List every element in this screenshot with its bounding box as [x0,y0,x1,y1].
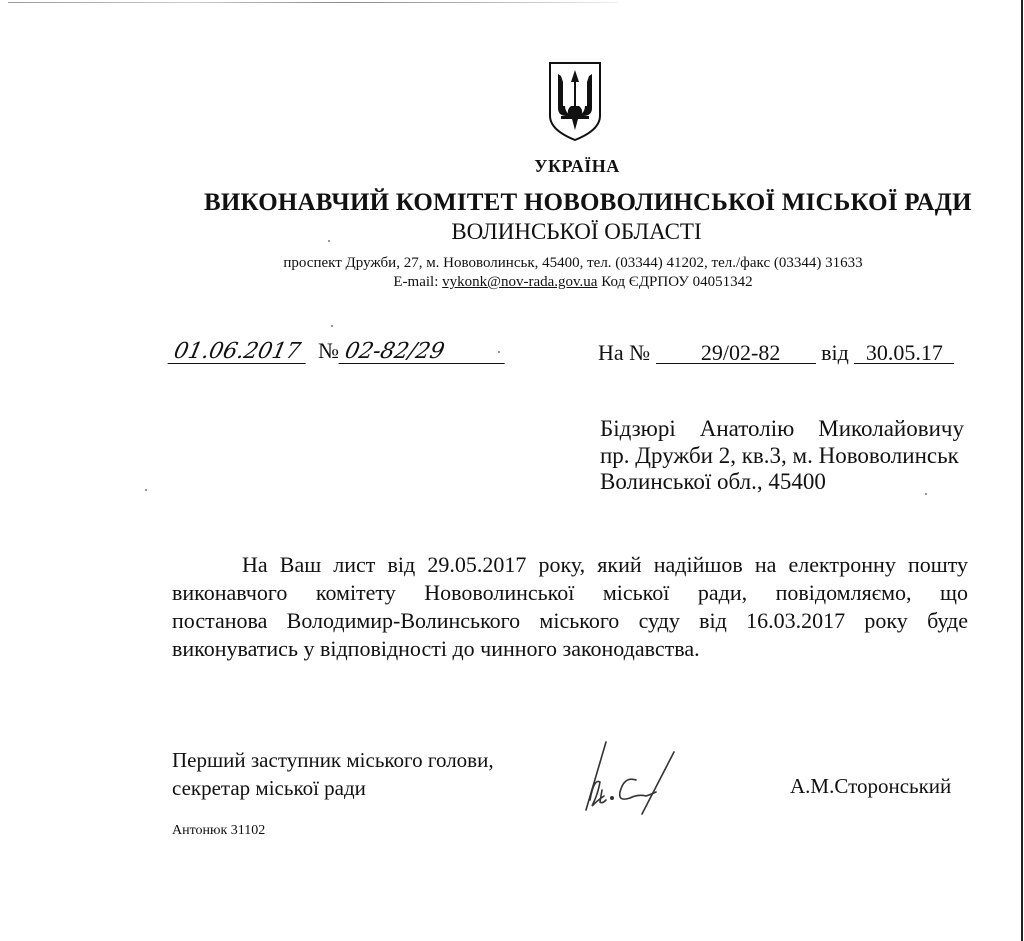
executor-info: Антонюк 31102 [172,823,265,839]
outgoing-date: 01.06.2017 [168,341,311,364]
body-line: виконуватись у відповідності до чинного … [172,635,968,663]
letter-body: На Ваш лист від 29.05.2017 року, який на… [172,551,968,663]
outgoing-registration: 01.06.2017№02-82/29 [170,338,507,364]
scan-border-artifact [1021,0,1023,941]
edrpou-code: Код ЄДРПОУ 04051342 [601,274,752,290]
addressee-name: Бідзюрі Анатолію Миколайовичу [600,416,964,443]
signer-title: Перший заступник міського голови, секрет… [172,746,494,802]
trident-coat-of-arms-icon [547,60,603,142]
email-label: E-mail: [393,274,438,290]
scan-speck [331,325,333,327]
addressee-address: пр. Дружби 2, кв.3, м. Нововолинськ [600,443,964,470]
scan-speck [145,489,147,491]
email-line: E-mail: vykonk@nov-rada.gov.ua Код ЄДРПО… [248,273,898,292]
postal-address: проспект Дружби, 27, м. Нововолинськ, 45… [248,254,898,273]
signer-title-line2: секретар міської ради [172,774,494,802]
addressee-block: Бідзюрі Анатолію Миколайовичу пр. Дружби… [600,416,964,496]
signer-title-line1: Перший заступник міського голови, [172,746,494,774]
incoming-reference: На № 29/02-82 від 30.05.17 [598,340,954,366]
body-line: постанова Володимир-Волинського міського… [172,607,968,635]
addressee-patronymic: Миколайовичу [818,416,964,443]
handwritten-signature-icon [576,740,686,816]
incoming-number-label: На № [598,340,650,365]
incoming-date: 30.05.17 [854,343,954,364]
from-label: від [821,340,849,365]
body-line: виконавчого комітету Нововолинської місь… [172,579,968,607]
body-line: На Ваш лист від 29.05.2017 року, який на… [172,551,968,579]
addressee-first-name: Анатолію [700,416,795,443]
incoming-number: 29/02-82 [656,343,816,364]
organization-heading: ВИКОНАВЧИЙ КОМІТЕТ НОВОВОЛИНСЬКОЇ МІСЬКО… [204,189,949,217]
email-link[interactable]: vykonk@nov-rada.gov.ua [442,274,597,290]
signer-name: А.М.Сторонський [790,774,951,799]
contact-info: проспект Дружби, 27, м. Нововолинськ, 45… [248,254,898,292]
scan-edge-artifact [8,2,618,3]
country-heading: УКРАЇНА [0,156,1024,177]
addressee-surname: Бідзюрі [600,416,676,443]
addressee-region: Волинської обл., 45400 [600,469,964,496]
outgoing-number: 02-82/29 [339,341,510,364]
region-heading: ВОЛИНСЬКОЇ ОБЛАСТІ [204,219,949,245]
number-label: № [318,338,339,363]
